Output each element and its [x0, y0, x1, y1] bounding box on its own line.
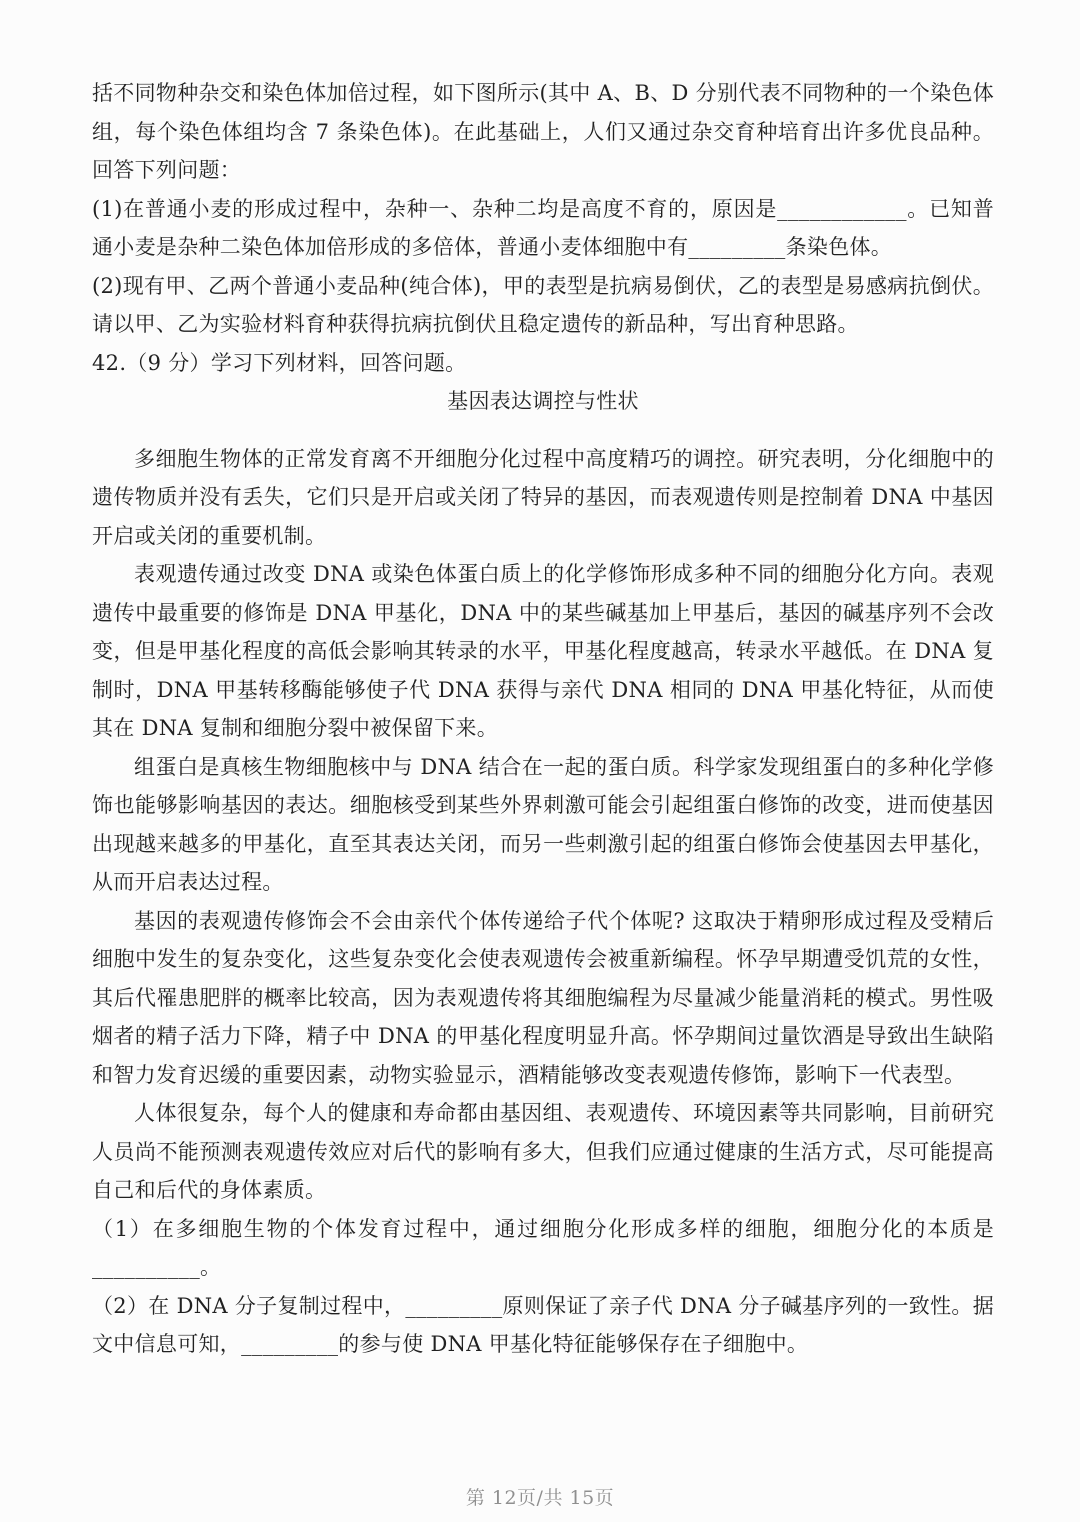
material-title: 基因表达调控与性状	[92, 382, 994, 421]
material-paragraph-2: 表观遗传通过改变 DNA 或染色体蛋白质上的化学修饰形成多种不同的细胞分化方向。…	[92, 555, 994, 748]
question42-stem: 42.（9 分）学习下列材料，回答问题。	[92, 344, 994, 383]
material-paragraph-3: 组蛋白是真核生物细胞核中与 DNA 结合在一起的蛋白质。科学家发现组蛋白的多种化…	[92, 748, 994, 902]
question41-continuation-text: 括不同物种杂交和染色体加倍过程，如下图所示(其中 A、B、D 分别代表不同物种的…	[92, 74, 994, 190]
question42-part1-blank-question: （1）在多细胞生物的个体发育过程中，通过细胞分化形成多样的细胞，细胞分化的本质是…	[92, 1210, 994, 1287]
material-paragraph-4: 基因的表观遗传修饰会不会由亲代个体传递给子代个体呢? 这取决于精卵形成过程及受精…	[92, 902, 994, 1095]
question42-part2-blank-question: （2）在 DNA 分子复制过程中，_________原则保证了亲子代 DNA 分…	[92, 1287, 994, 1364]
question41-part1-blank-question: (1)在普通小麦的形成过程中，杂种一、杂种二均是高度不育的，原因是_______…	[92, 190, 994, 267]
question41-part2-question: (2)现有甲、乙两个普通小麦品种(纯合体)，甲的表型是抗病易倒伏，乙的表型是易感…	[92, 267, 994, 344]
material-paragraph-5: 人体很复杂，每个人的健康和寿命都由基因组、表观遗传、环境因素等共同影响，目前研究…	[92, 1094, 994, 1210]
exam-page: 括不同物种杂交和染色体加倍过程，如下图所示(其中 A、B、D 分别代表不同物种的…	[0, 0, 1080, 1522]
page-number-indicator: 第 12页/共 15页	[0, 1483, 1080, 1510]
material-paragraph-1: 多细胞生物体的正常发育离不开细胞分化过程中高度精巧的调控。研究表明，分化细胞中的…	[92, 440, 994, 556]
